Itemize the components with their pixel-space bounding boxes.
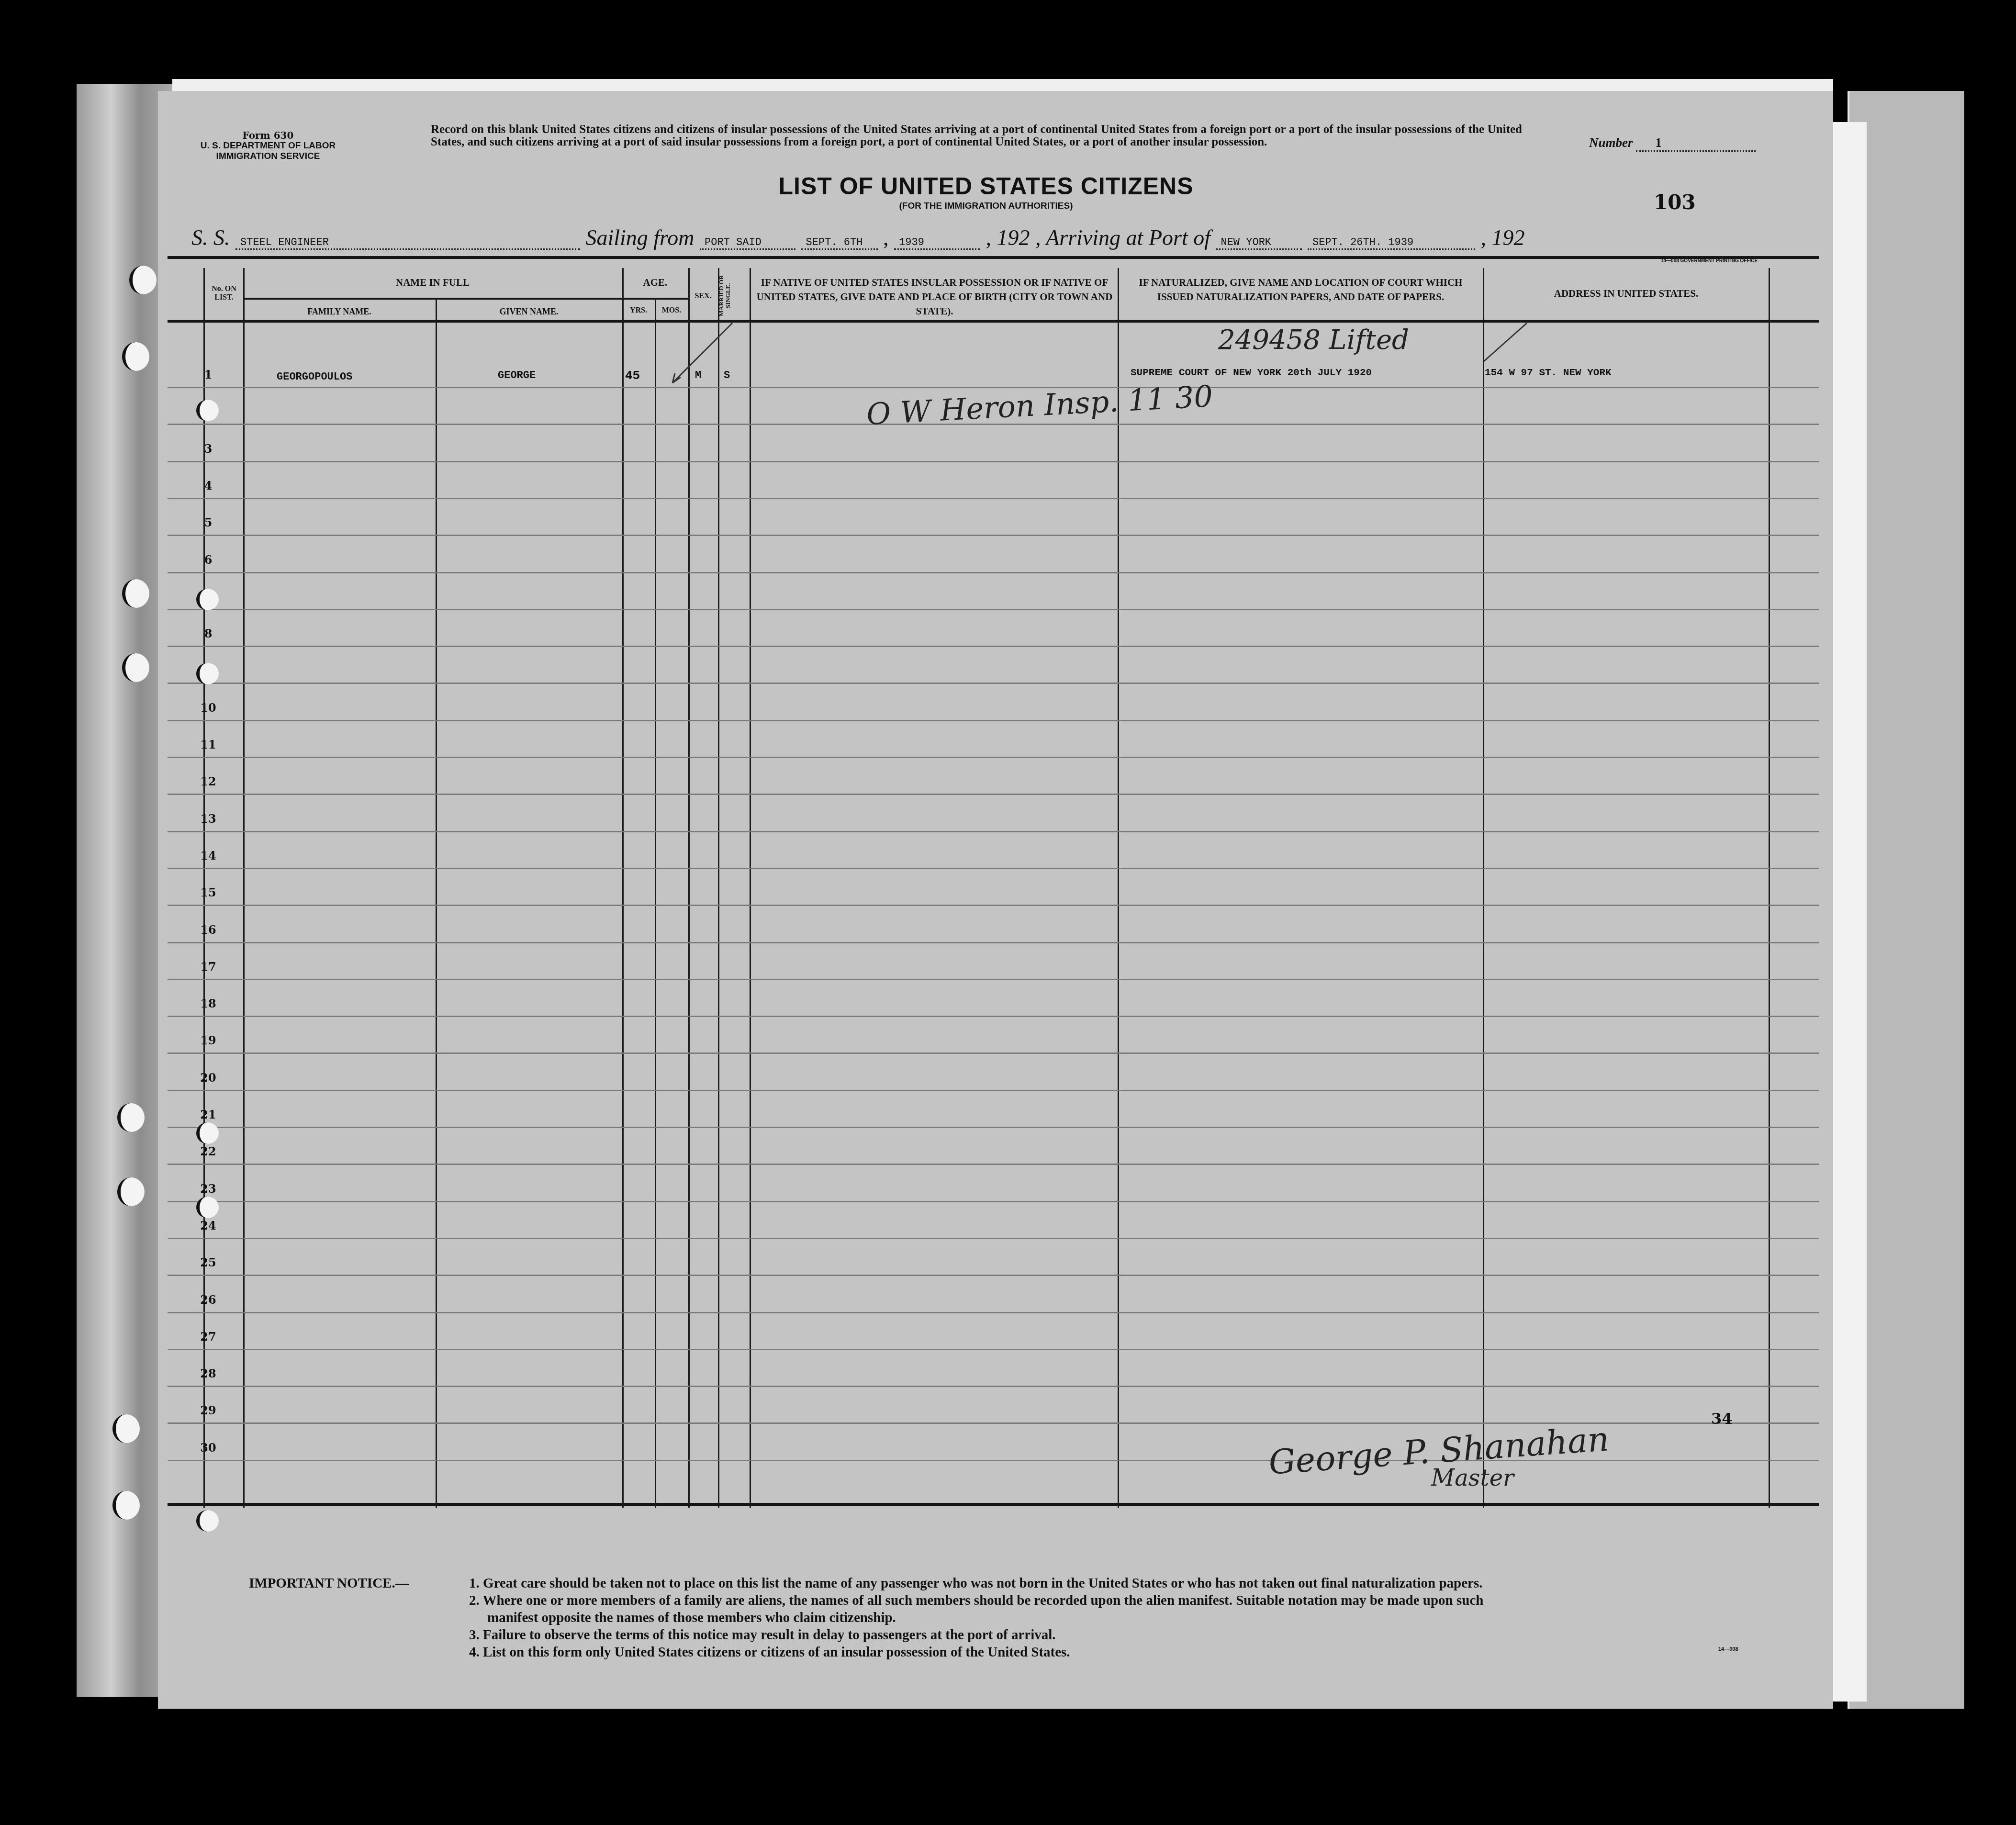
punch-hole-icon [196, 1197, 219, 1218]
row-rule [168, 1090, 1819, 1091]
page-number: 34 [1711, 1410, 1733, 1428]
col-line-sex [718, 268, 719, 1508]
row1-given-name: GEORGE [498, 369, 536, 381]
year-suffix-2: , 192 [1480, 225, 1524, 250]
row-number: 14 [189, 849, 227, 862]
row1-family-name: GEORGOPOULOS [277, 371, 352, 383]
arrival-date: SEPT. 26TH. 1939 [1308, 236, 1475, 250]
row-rule [168, 1312, 1819, 1313]
col-line-yrs [655, 298, 656, 1508]
row-rule [168, 1238, 1819, 1239]
row1-age-yrs: 45 [625, 369, 640, 383]
col-line-no [243, 268, 245, 1508]
header-naturalization: IF NATURALIZED, GIVE NAME AND LOCATION O… [1122, 275, 1479, 304]
punch-hole-icon [122, 653, 149, 682]
row-number: 23 [189, 1182, 227, 1196]
row-number: 1 [189, 368, 227, 381]
notice-lead: IMPORTANT NOTICE.— [249, 1575, 469, 1592]
notice-item-1: 1. Great care should be taken not to pla… [469, 1575, 1804, 1592]
name-subheader-rule [243, 298, 674, 300]
row-rule [168, 757, 1819, 758]
signature-title: Master [1431, 1465, 1514, 1491]
row-number: 10 [189, 701, 227, 715]
col-line-mos [688, 268, 690, 1508]
row-number: 20 [189, 1071, 227, 1085]
header-family-name: FAMILY NAME. [243, 304, 436, 319]
row-number: 15 [189, 885, 227, 899]
header-name-in-full: NAME IN FULL [243, 275, 622, 290]
number-value: 1 [1636, 135, 1756, 152]
row-number: 28 [189, 1366, 227, 1380]
row-rule [168, 831, 1819, 832]
row-number: 13 [189, 812, 227, 826]
header-sex: SEX. [688, 292, 718, 301]
row-rule [168, 868, 1819, 869]
row-number: 22 [189, 1144, 227, 1158]
row-number: 16 [189, 923, 227, 937]
form-instructions: Record on this blank United States citiz… [431, 123, 1522, 148]
col-line-marital [750, 268, 751, 1508]
row1-address: 154 W 97 ST. NEW YORK [1485, 368, 1612, 379]
punch-hole-icon [196, 1122, 219, 1144]
row-rule [168, 979, 1819, 980]
row-number: 19 [189, 1033, 227, 1047]
row-rule [168, 720, 1819, 721]
department-name: U. S. DEPARTMENT OF LABOR [182, 141, 354, 151]
row-number: 27 [189, 1330, 227, 1344]
arrival-port: NEW YORK [1216, 236, 1302, 250]
punch-hole-icon [112, 1414, 140, 1443]
punch-hole-icon [196, 663, 219, 684]
punch-hole-icon [196, 1510, 219, 1532]
header-address: ADDRESS IN UNITED STATES. [1484, 286, 1769, 301]
sailing-port: PORT SAID [700, 236, 795, 250]
address-check-stroke-icon [1481, 321, 1529, 369]
check-mark-icon [661, 321, 737, 388]
row-number: 12 [189, 774, 227, 788]
punch-hole-icon [122, 579, 149, 608]
age-subheader-rule [622, 298, 690, 300]
row1-naturalization-note: 249458 Lifted [1218, 325, 1409, 356]
row-rule [168, 1349, 1819, 1350]
service-name: IMMIGRATION SERVICE [182, 151, 354, 162]
row-rule [168, 794, 1819, 795]
important-notice: IMPORTANT NOTICE.— 1. Great care should … [249, 1575, 1804, 1661]
ss-label: S. S. [191, 225, 230, 250]
punch-hole-icon [117, 1177, 145, 1206]
col-line-address [1769, 268, 1770, 1508]
row-number: 21 [189, 1108, 227, 1121]
row-number: 3 [189, 442, 227, 456]
row-number: 24 [189, 1219, 227, 1232]
form-identifier: Form 630 U. S. DEPARTMENT OF LABOR IMMIG… [182, 130, 354, 162]
header-bottom-rule [168, 320, 1819, 323]
row-number: 5 [189, 515, 227, 529]
col-line-native [1118, 268, 1119, 1508]
list-number-field: Number 1 [1589, 135, 1756, 152]
document-code: 14—008 [1718, 1646, 1738, 1652]
col-line-family [436, 298, 437, 1508]
row-number: 6 [189, 553, 227, 567]
header-age: AGE. [622, 275, 688, 290]
table-top-rule [168, 256, 1819, 259]
row-rule [168, 387, 1819, 388]
row-rule [168, 1016, 1819, 1017]
row-number: 4 [189, 479, 227, 493]
row-rule [168, 646, 1819, 647]
punch-hole-icon [196, 400, 219, 421]
row-rule [168, 683, 1819, 684]
printer-mark: 14—008 GOVERNMENT PRINTING OFFICE [1661, 258, 1758, 264]
sailing-label: Sailing from [586, 225, 694, 250]
header-no-on-list: No. ON LIST. [205, 285, 243, 302]
punch-hole-icon [196, 589, 219, 610]
row-rule [168, 1201, 1819, 1202]
row-rule [168, 1386, 1819, 1387]
punch-hole-icon [117, 1103, 145, 1132]
row-number: 11 [189, 738, 227, 751]
row-number: 25 [189, 1255, 227, 1269]
row-rule [168, 942, 1819, 943]
voyage-line: S. S. STEEL ENGINEER Sailing from PORT S… [191, 225, 1723, 254]
header-given-name: GIVEN NAME. [436, 304, 622, 319]
notice-item-2: 2. Where one or more members of a family… [469, 1592, 1804, 1609]
manifest-sheet [158, 91, 1833, 1709]
header-age-mos: MOS. [655, 306, 688, 315]
row-rule [168, 609, 1819, 610]
row-number: 30 [189, 1441, 227, 1455]
notice-item-3: 3. Failure to observe the terms of this … [469, 1626, 1804, 1644]
punch-hole-icon [112, 1491, 140, 1520]
year-suffix-1: , 192 [986, 225, 1030, 250]
row-rule [168, 1127, 1819, 1128]
stamped-number: 103 [1654, 190, 1696, 214]
row-rule [168, 1052, 1819, 1054]
row-number: 18 [189, 996, 227, 1010]
punch-hole-icon [122, 342, 149, 371]
row-number: 29 [189, 1403, 227, 1417]
header-age-yrs: YRS. [622, 306, 655, 315]
row-number: 17 [189, 960, 227, 974]
row-rule [168, 1164, 1819, 1165]
row-rule [168, 498, 1819, 499]
notice-item-2-cont: manifest opposite the names of those mem… [469, 1609, 1804, 1626]
ship-name: STEEL ENGINEER [235, 236, 580, 250]
row-rule [168, 572, 1819, 573]
number-label: Number [1589, 135, 1633, 150]
punch-hole-icon [129, 266, 157, 294]
row-rule [168, 461, 1819, 462]
notice-list: 1. Great care should be taken not to pla… [249, 1575, 1804, 1661]
form-number: Form 630 [182, 130, 354, 141]
notice-item-4: 4. List on this form only United States … [469, 1644, 1804, 1661]
header-native-birth: IF NATIVE OF UNITED STATES INSULAR POSSE… [756, 275, 1113, 318]
row-number: 26 [189, 1293, 227, 1307]
row-rule [168, 905, 1819, 906]
row-number: 8 [189, 627, 227, 640]
sailing-date: SEPT. 6TH [801, 236, 878, 250]
arriving-label: , Arriving at Port of [1035, 225, 1210, 250]
page-title: LIST OF UNITED STATES CITIZENS [622, 172, 1350, 200]
col-line-given [622, 268, 624, 1508]
col-line-naturalized [1483, 268, 1484, 1508]
header-married-or-single: MARRIED OR SINGLE. [718, 273, 750, 318]
row-rule [168, 535, 1819, 536]
page-subtitle: (FOR THE IMMIGRATION AUTHORITIES) [622, 201, 1350, 212]
row1-naturalization: SUPREME COURT OF NEW YORK 20th JULY 1920 [1131, 368, 1372, 379]
table-bottom-rule [168, 1503, 1819, 1506]
row-rule [168, 1275, 1819, 1276]
sailing-year: 1939 [894, 236, 980, 250]
